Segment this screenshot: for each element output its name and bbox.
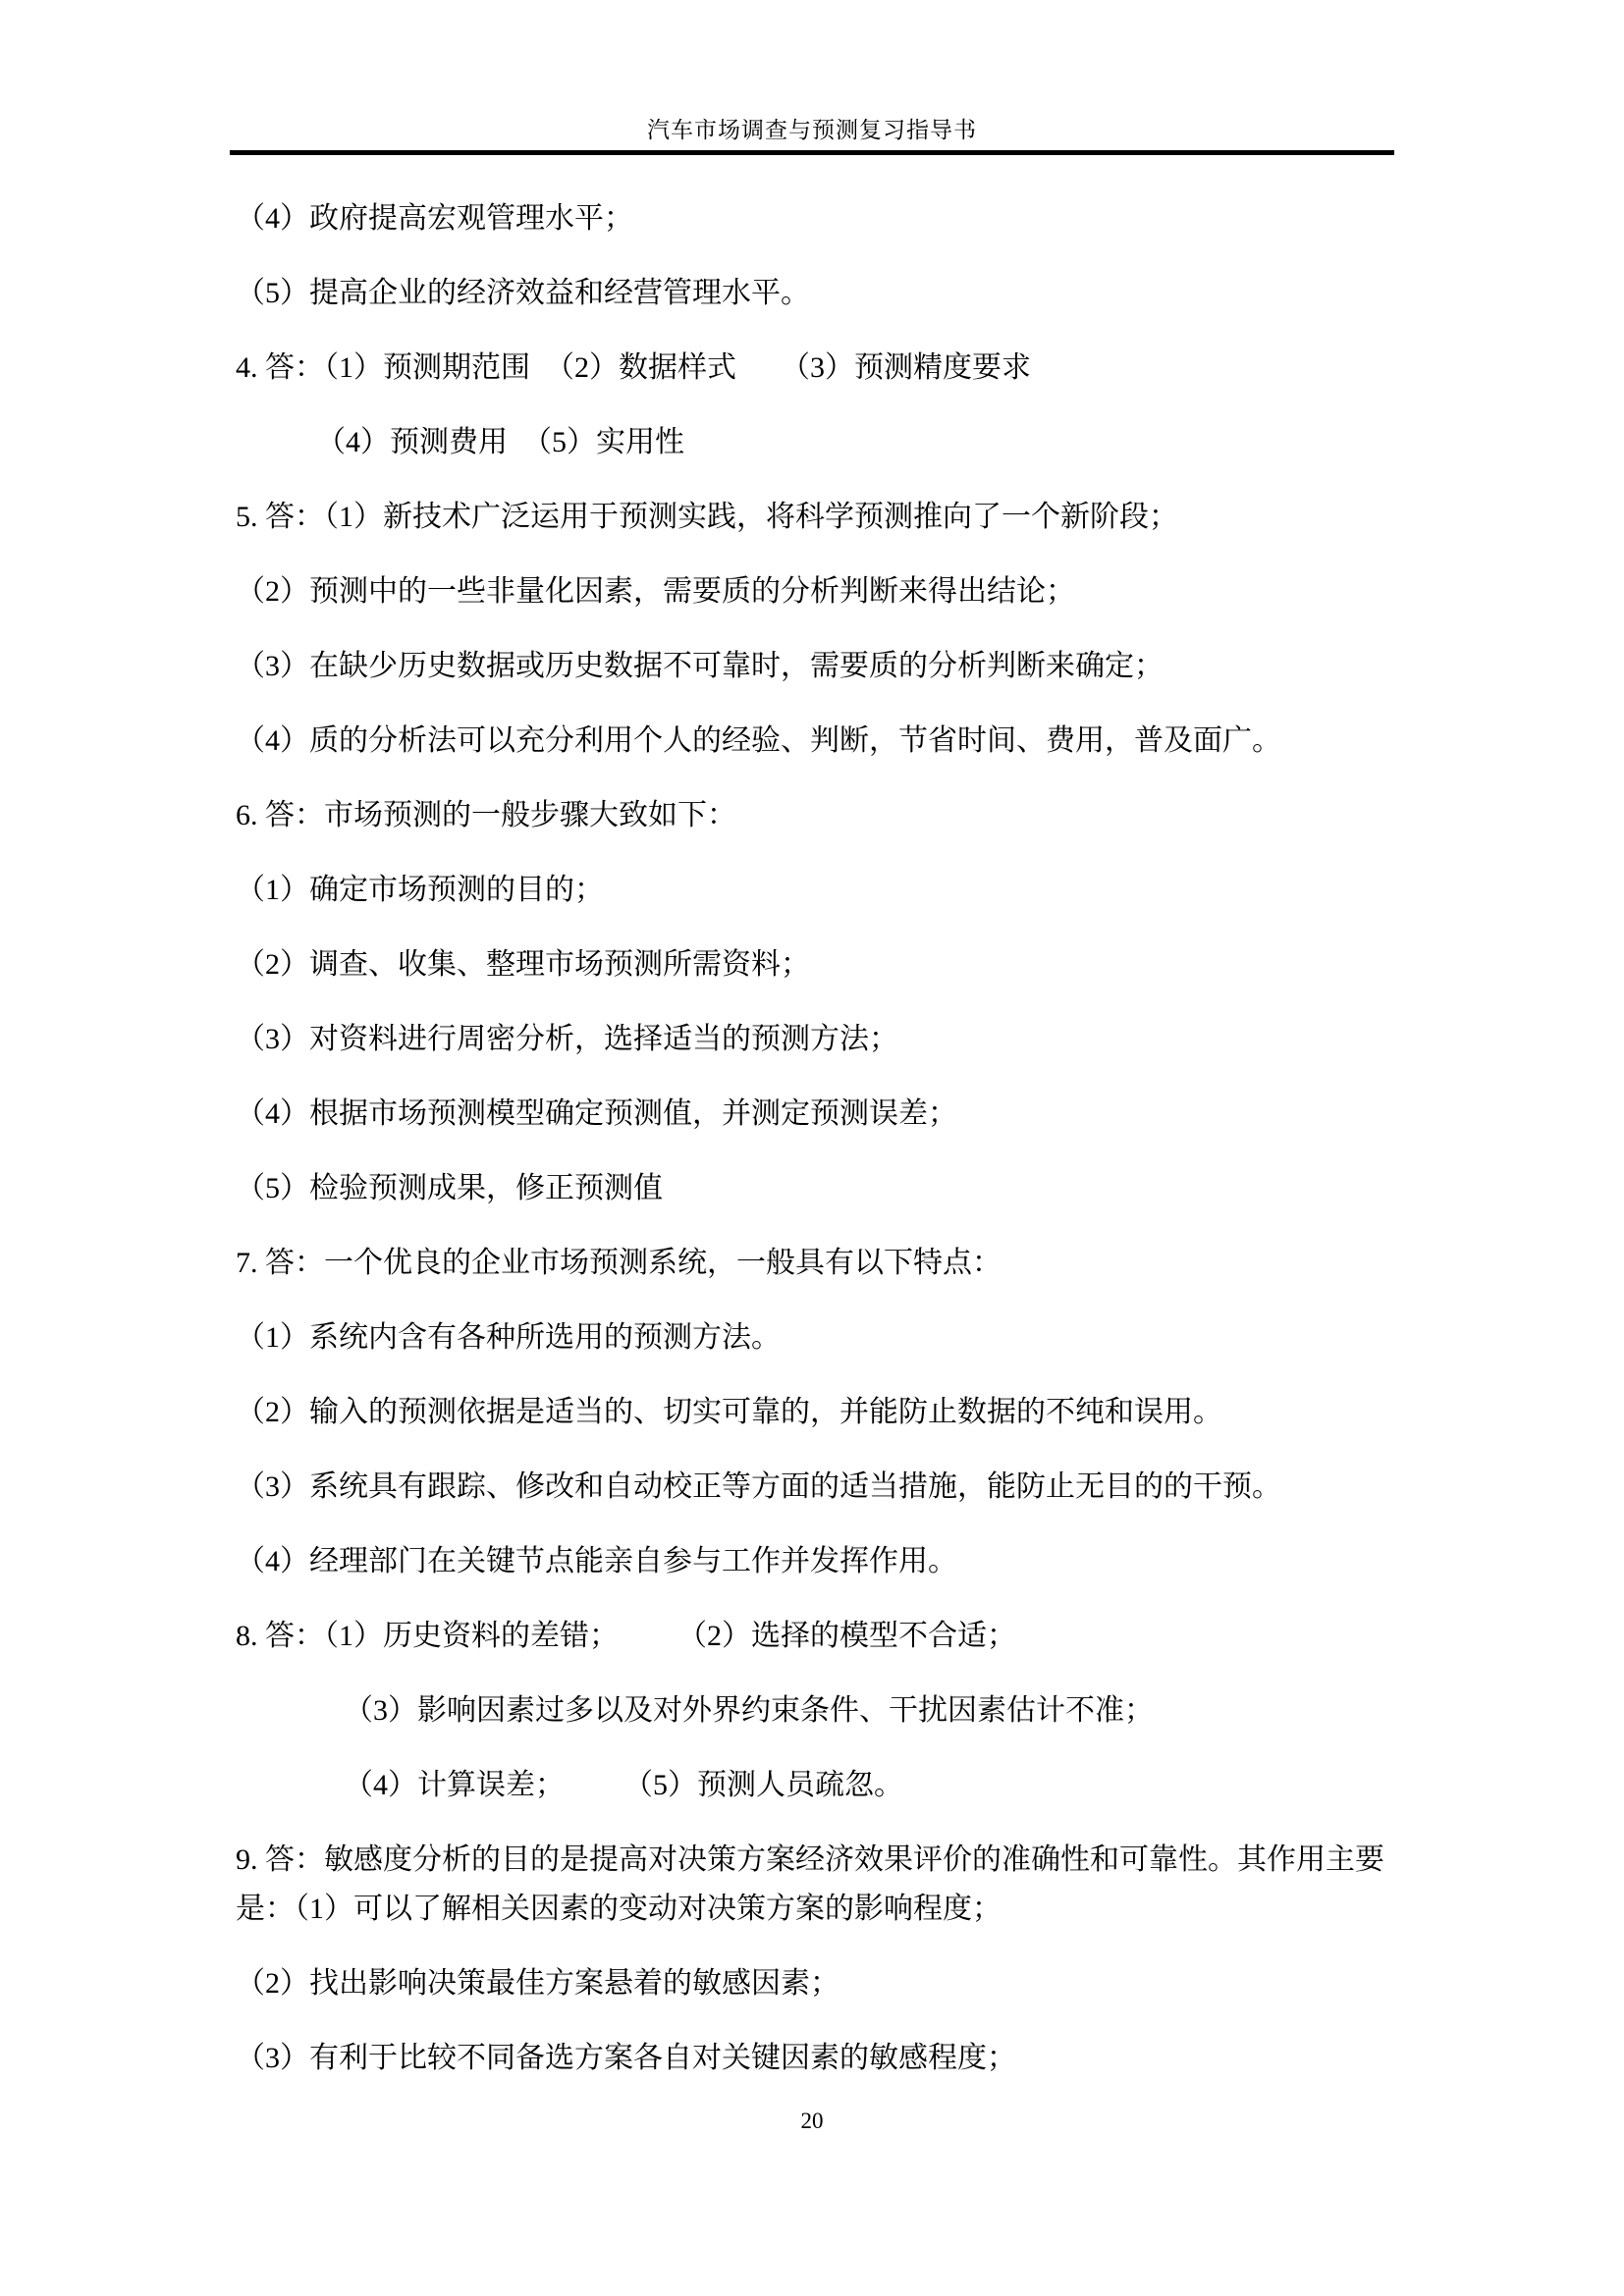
q6-answer-item-5: （5）检验预测成果，修正预测值 bbox=[236, 1164, 1408, 1213]
page-header: 汽车市场调查与预测复习指导书 bbox=[0, 0, 1624, 155]
q6-answer-item-4: （4）根据市场预测模型确定预测值，并测定预测误差； bbox=[236, 1090, 1408, 1139]
page-number: 20 bbox=[801, 2109, 824, 2133]
document-page: 汽车市场调查与预测复习指导书 （4）政府提高宏观管理水平； （5）提高企业的经济… bbox=[0, 0, 1624, 2296]
q6-answer-item-2: （2）调查、收集、整理市场预测所需资料； bbox=[236, 940, 1408, 989]
q5-answer-item-3: （3）在缺少历史数据或历史数据不可靠时，需要质的分析判断来确定； bbox=[236, 642, 1408, 691]
q7-answer-item-3: （3）系统具有跟踪、修改和自动校正等方面的适当措施，能防止无目的的干预。 bbox=[236, 1463, 1408, 1512]
q8-answer-row-1: 8. 答：（1）历史资料的差错； （2）选择的模型不合适； bbox=[236, 1612, 1408, 1661]
q9-answer-line-1: 9. 答：敏感度分析的目的是提高对决策方案经济效果评价的准确性和可靠性。其作用主… bbox=[236, 1836, 1408, 1885]
q8-answer-row-3: （4）计算误差； （5）预测人员疏忽。 bbox=[236, 1761, 1408, 1810]
q7-answer-item-4: （4）经理部门在关键节点能亲自参与工作并发挥作用。 bbox=[236, 1537, 1408, 1586]
q5-answer-item-1: 5. 答：（1）新技术广泛运用于预测实践，将科学预测推向了一个新阶段； bbox=[236, 493, 1408, 542]
q5-answer-item-2: （2）预测中的一些非量化因素，需要质的分析判断来得出结论； bbox=[236, 567, 1408, 616]
q7-answer-item-2: （2）输入的预测依据是适当的、切实可靠的，并能防止数据的不纯和误用。 bbox=[236, 1388, 1408, 1437]
q6-answer-item-3: （3）对资料进行周密分析，选择适当的预测方法； bbox=[236, 1015, 1408, 1064]
q7-answer-intro: 7. 答：一个优良的企业市场预测系统，一般具有以下特点： bbox=[236, 1239, 1408, 1288]
q9-answer-line-2: 是：（1）可以了解相关因素的变动对决策方案的影响程度； bbox=[236, 1885, 1408, 1934]
q7-answer-item-1: （1）系统内含有各种所选用的预测方法。 bbox=[236, 1313, 1408, 1362]
q4-answer-row-2: （4）预测费用 （5）实用性 bbox=[236, 418, 1408, 467]
q5-answer-item-4: （4）质的分析法可以充分利用个人的经验、判断，节省时间、费用，普及面广。 bbox=[236, 717, 1408, 766]
document-body: （4）政府提高宏观管理水平； （5）提高企业的经济效益和经营管理水平。 4. 答… bbox=[0, 155, 1624, 2083]
q9-answer-item-3: （3）有利于比较不同备选方案各自对关键因素的敏感程度； bbox=[236, 2034, 1408, 2083]
q4-answer-row-1: 4. 答：（1）预测期范围 （2）数据样式 （3）预测精度要求 bbox=[236, 344, 1408, 393]
page-footer: 20 bbox=[0, 2109, 1624, 2134]
q6-answer-intro: 6. 答：市场预测的一般步骤大致如下： bbox=[236, 791, 1408, 840]
q3-item-4: （4）政府提高宏观管理水平； bbox=[236, 194, 1408, 243]
q8-answer-row-2: （3）影响因素过多以及对外界约束条件、干扰因素估计不准； bbox=[236, 1686, 1408, 1735]
header-title: 汽车市场调查与预测复习指导书 bbox=[0, 0, 1624, 143]
q6-answer-item-1: （1）确定市场预测的目的； bbox=[236, 866, 1408, 915]
q9-answer-item-2: （2）找出影响决策最佳方案悬着的敏感因素； bbox=[236, 1959, 1408, 2008]
q3-item-5: （5）提高企业的经济效益和经营管理水平。 bbox=[236, 269, 1408, 318]
